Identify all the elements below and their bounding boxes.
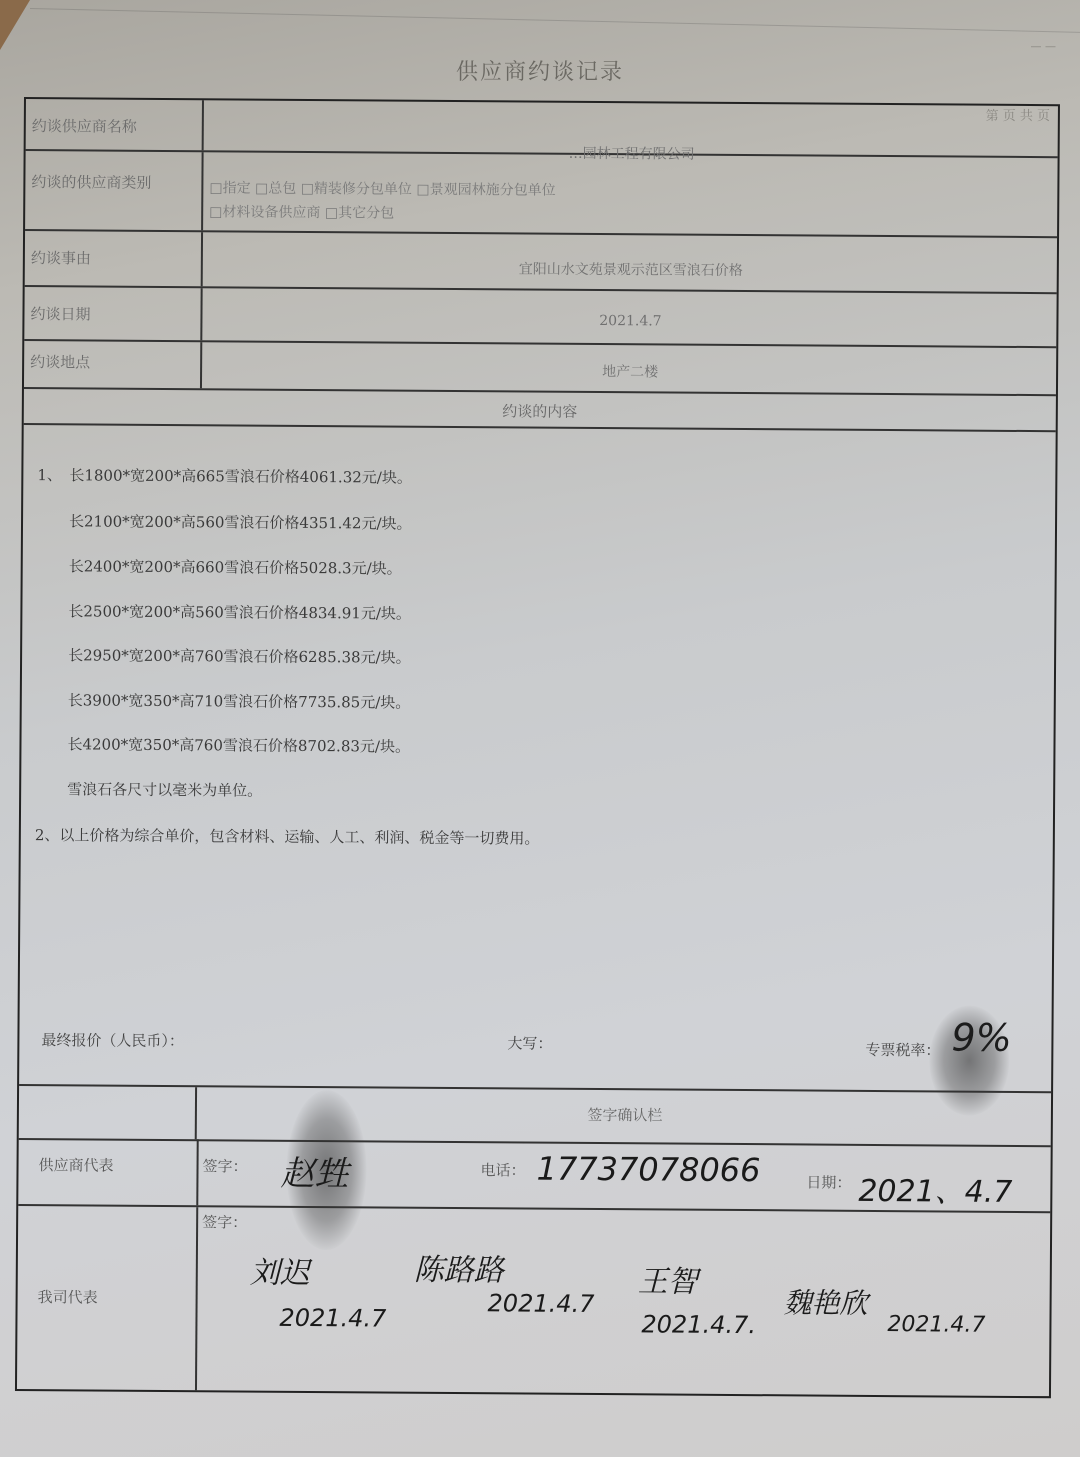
uppercase-amount-label: 大写：	[507, 1032, 552, 1053]
label-subject: 约谈事由	[25, 231, 203, 286]
price-line: 长3900*宽350*高710雪浪石价格7735.85元/块。	[68, 689, 411, 712]
price-line: 长2950*宽200*高760雪浪石价格6285.38元/块。	[68, 644, 411, 667]
value-location: 地产二楼	[204, 342, 1056, 394]
background-table-corner	[0, 0, 30, 50]
price-line: 长2500*宽200*高560雪浪石价格4834.91元/块。	[68, 600, 411, 623]
supplier-type-options-line2[interactable]: □材料设备供应商 □其它分包	[209, 200, 1057, 230]
company-signer-date: 2021.4.7	[279, 1304, 386, 1333]
row-subject: 约谈事由 宜阳山水文苑景观示范区雪浪石价格	[25, 231, 1057, 294]
interview-record-form: 约谈供应商名称 …园林工程有限公司 约谈的供应商类别 □指定 □总包 □精装修分…	[15, 97, 1060, 1398]
document-title: 供应商约谈记录	[0, 55, 1080, 86]
corner-mark: — —	[1031, 40, 1057, 53]
label-supplier-name: 约谈供应商名称	[26, 99, 204, 150]
paper-fold-line	[30, 8, 1080, 33]
price-line: 长4200*宽350*高760雪浪石价格8702.83元/块。	[67, 733, 410, 756]
quote-row: 最终报价（人民币）： 大写： 专票税率： 9%	[19, 1019, 1051, 1086]
supplier-rep-label: 供应商代表	[38, 1154, 113, 1176]
company-signer-name: 刘迟	[250, 1248, 310, 1292]
signature-heading-row: 签字确认栏	[19, 1084, 1051, 1147]
price-line: 长1800*宽200*高665雪浪石价格4061.32元/块。	[69, 464, 412, 487]
row-location: 约谈地点 地产二楼	[24, 341, 1056, 396]
supplier-type-options: □指定 □总包 □精装修分包单位 □景观园林施分包单位 □材料设备供应商 □其它…	[205, 152, 1058, 236]
supplier-sign-label: 签字：	[202, 1155, 247, 1176]
supplier-rep-row: 供应商代表 签字： 赵甡 电话： 17737078066 日期： 2021、4.…	[18, 1138, 1050, 1213]
row-supplier-name: 约谈供应商名称 …园林工程有限公司	[26, 99, 1058, 158]
supplier-phone: 17737078066	[536, 1150, 760, 1190]
company-signer-date: 2021.4.7	[887, 1312, 985, 1338]
label-supplier-type: 约谈的供应商类别	[25, 151, 204, 230]
item2-note: 2、以上价格为综合单价，包含材料、运输、人工、利润、税金等一切费用。	[35, 824, 540, 849]
interview-content: 1、 长1800*宽200*高665雪浪石价格4061.32元/块。 长2100…	[19, 414, 1056, 1081]
unit-note: 雪浪石各尺寸以毫米为单位。	[67, 778, 262, 800]
company-sign-label: 签字：	[202, 1211, 247, 1232]
final-price-label: 最终报价（人民币）：	[41, 1029, 184, 1051]
supplier-rep-label-cell: 供应商代表	[18, 1138, 198, 1205]
value-date: 2021.4.7	[204, 288, 1056, 346]
signature-heading-spacer	[19, 1086, 197, 1139]
company-rep-row: 我司代表 签字： 刘迟 2021.4.7 陈路路 2021.4.7 王智 202…	[17, 1206, 1050, 1396]
item1-number: 1、	[37, 464, 62, 485]
value-supplier-name: …园林工程有限公司	[206, 100, 1058, 156]
company-signer-date: 2021.4.7	[487, 1289, 594, 1318]
value-subject: 宜阳山水文苑景观示范区雪浪石价格	[205, 232, 1057, 292]
company-signer-name: 王智	[638, 1256, 698, 1300]
row-supplier-type: 约谈的供应商类别 □指定 □总包 □精装修分包单位 □景观园林施分包单位 □材料…	[25, 151, 1058, 238]
supplier-date-label: 日期：	[806, 1171, 851, 1192]
label-location: 约谈地点	[24, 341, 202, 388]
price-line: 长2100*宽200*高560雪浪石价格4351.42元/块。	[69, 510, 412, 533]
row-date: 约谈日期 2021.4.7	[24, 287, 1056, 348]
label-date: 约谈日期	[24, 287, 202, 340]
supplier-date: 2021、4.7	[858, 1166, 1012, 1211]
company-signer-name: 魏艳欣	[783, 1281, 867, 1322]
company-signer-date: 2021.4.7.	[641, 1310, 756, 1339]
tax-rate-value: 9%	[951, 1015, 1012, 1059]
company-rep-label: 我司代表	[38, 1286, 98, 1307]
company-rep-label-cell: 我司代表	[17, 1206, 198, 1390]
supplier-signature: 赵甡	[280, 1146, 348, 1195]
company-signer-name: 陈路路	[414, 1245, 504, 1290]
price-line: 长2400*宽200*高660雪浪石价格5028.3元/块。	[69, 555, 402, 578]
phone-label: 电话：	[480, 1159, 525, 1180]
